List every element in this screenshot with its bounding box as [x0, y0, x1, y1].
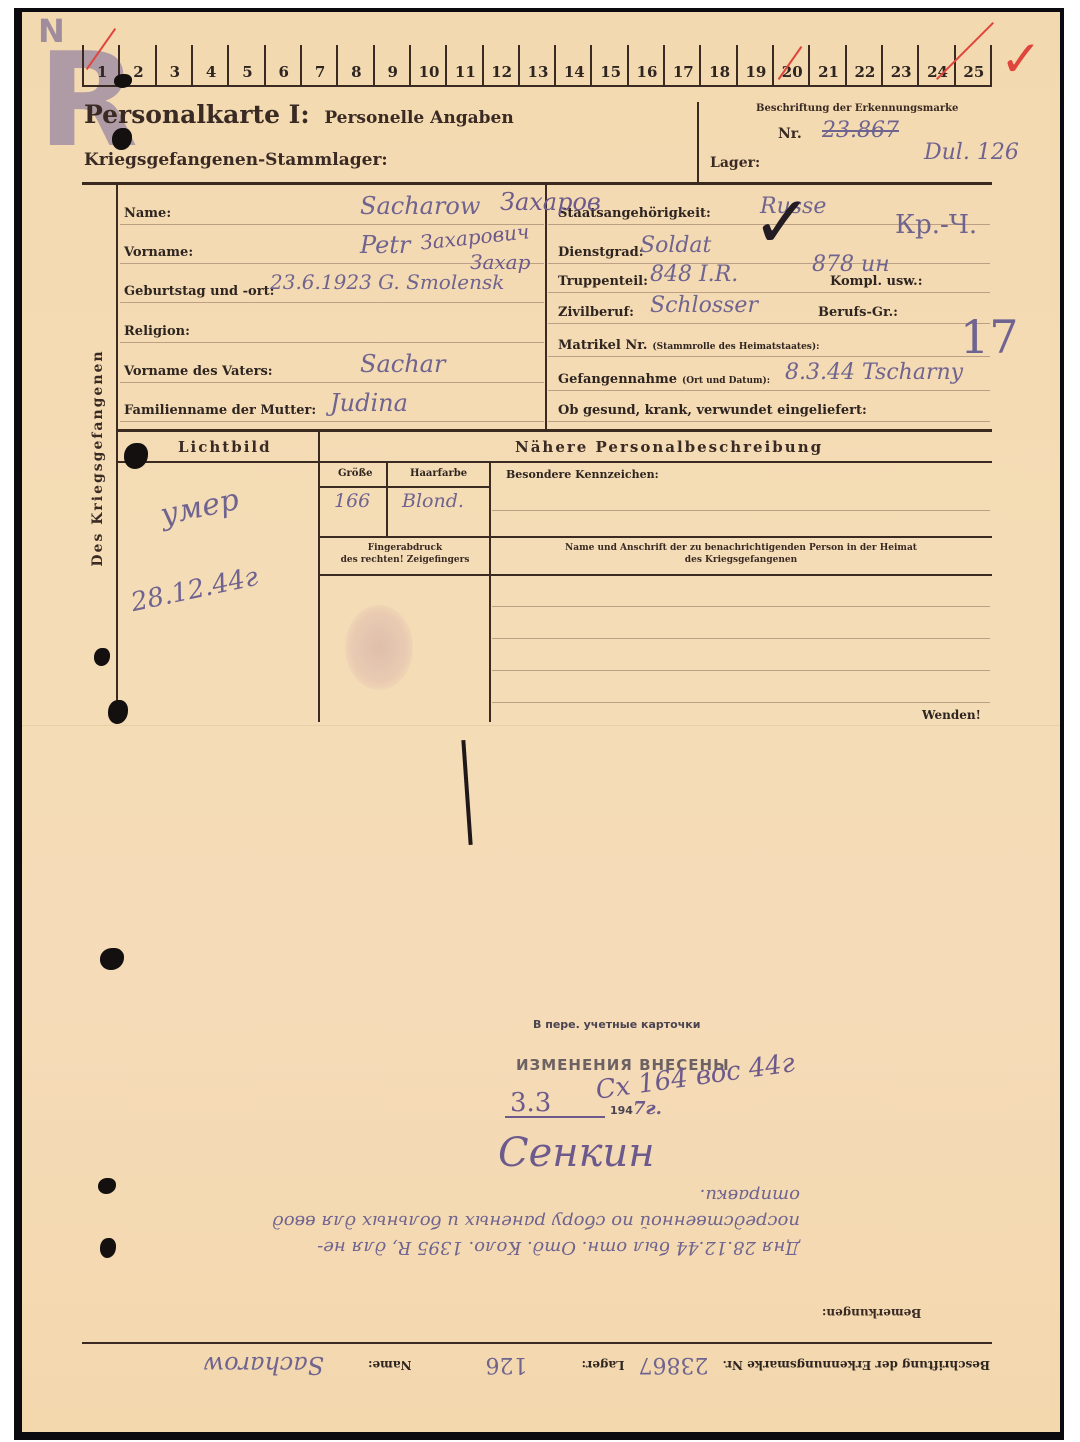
- photo-label: Lichtbild: [178, 438, 272, 456]
- left-margin-line: [116, 184, 118, 724]
- number-strip-cell: 18: [699, 45, 737, 85]
- number-strip-cell: 6: [264, 45, 302, 85]
- field-value: Schlosser: [650, 293, 758, 318]
- number-strip-cell: 21: [808, 45, 846, 85]
- number-strip-label: 19: [738, 63, 774, 81]
- ruled-line: [548, 292, 990, 293]
- number-strip-cell: 14: [554, 45, 592, 85]
- soviet-stamp-line-1: В пере. учетные карточки: [533, 1018, 700, 1031]
- number-strip-label: 21: [810, 63, 846, 81]
- field-label: Ob gesund, krank, verwundet eingeliefert…: [558, 403, 867, 418]
- soviet-stamp-date: 3.3: [510, 1088, 551, 1118]
- cyrillic-surname-annotation: Захаров: [500, 188, 601, 216]
- field-label: Vorname:: [124, 245, 193, 260]
- number-strip-cell: 13: [518, 45, 556, 85]
- number-strip-cell: 8: [336, 45, 374, 85]
- footer-lager-label: Lager:: [582, 1358, 625, 1372]
- groesse-label: Größe: [338, 468, 372, 479]
- notify-label: Name und Anschrift der zu benachrichtige…: [492, 542, 990, 566]
- lager-value: Dul. 126: [924, 140, 1019, 165]
- photo-label-line: [118, 461, 318, 463]
- number-strip-cell: 17: [663, 45, 701, 85]
- header-bottom-line: [82, 182, 992, 185]
- soviet-stamp-year: 1947г.: [610, 1098, 662, 1119]
- lager-label: Lager:: [710, 155, 760, 171]
- footer-tag-value: 23867: [639, 1353, 709, 1378]
- haarfarbe-divider: [489, 462, 491, 722]
- photo-divider: [318, 432, 320, 722]
- field-label: Vorname des Vaters:: [124, 364, 273, 379]
- haarfarbe-value: Blond.: [402, 490, 464, 512]
- number-strip-label: 11: [447, 63, 483, 81]
- soviet-signature: Сенкин: [498, 1130, 655, 1176]
- size-header-line: [320, 486, 490, 488]
- red-check-icon: ✓: [1000, 30, 1042, 88]
- field-label-group: Dienstgrad:: [558, 245, 644, 260]
- section-title: Nähere Personalbeschreibung: [515, 438, 823, 456]
- number-strip-cell: 23: [881, 45, 919, 85]
- number-strip-cell: 7: [300, 45, 338, 85]
- number-strip-label: 18: [701, 63, 737, 81]
- ruled-line: [120, 421, 544, 422]
- field-label: Name:: [124, 206, 171, 221]
- number-strip-label: 22: [847, 63, 883, 81]
- field-value: 8.3.44 Tscharny: [785, 360, 963, 385]
- year-suffix: 194: [610, 1104, 633, 1117]
- ruled-line: [548, 421, 990, 422]
- field-label-group: Truppenteil:: [558, 274, 648, 289]
- field-label: Gefangennahme: [558, 372, 677, 387]
- number-strip-label: 3: [157, 63, 193, 81]
- number-strip-label: 23: [883, 63, 919, 81]
- size-bottom-line: [318, 536, 992, 538]
- field-value: Sacharow: [360, 192, 480, 220]
- number-strip-label: 5: [229, 63, 265, 81]
- number-strip-cell: 9: [373, 45, 411, 85]
- wenden-label: Wenden!: [922, 708, 981, 722]
- side-label: Des Kriegsgefangenen: [90, 348, 106, 568]
- footer-name-value: Sacharow: [204, 1351, 324, 1379]
- number-strip-label: 25: [956, 63, 992, 81]
- cyrillic-surname-annotation-2: Захар: [470, 250, 530, 274]
- strip-end-line: [990, 45, 992, 86]
- groesse-divider: [386, 462, 388, 536]
- kennzeichen-label: Besondere Kennzeichen:: [506, 468, 659, 481]
- berufs-gr-value: 17: [960, 310, 1019, 364]
- field-value: Judina: [330, 389, 408, 417]
- ruled-line: [548, 390, 990, 391]
- stamp-date-underline: [505, 1116, 605, 1118]
- kennzeichen-ruled-line: [492, 510, 990, 511]
- finger-header-line: [318, 574, 992, 576]
- kp-annotation: Кр.-Ч.: [895, 210, 977, 240]
- number-strip-label: 4: [193, 63, 229, 81]
- haarfarbe-label: Haarfarbe: [410, 468, 467, 479]
- year-hand: 7г.: [633, 1098, 662, 1119]
- ruled-line: [120, 382, 544, 383]
- remarks-upside-down: Дня 28.12.44 был отн. Отд. Коло. 1395 R,…: [100, 1182, 800, 1260]
- ruled-line: [120, 302, 544, 303]
- notify-ruled-line-2: [492, 638, 990, 639]
- number-strip-cell: 12: [482, 45, 520, 85]
- number-strip-cell: 25: [954, 45, 992, 85]
- finger-label-line-1: Fingerabdruck: [320, 542, 490, 554]
- camp-label: Kriegsgefangenen-Stammlager:: [84, 150, 388, 170]
- number-strip-label: 6: [266, 63, 302, 81]
- field-label-group: Matrikel Nr.(Stammrolle des Heimatstaate…: [558, 338, 819, 353]
- number-strip-cell: 11: [445, 45, 483, 85]
- pencil-check-icon: ✓: [752, 180, 812, 264]
- ruled-line: [548, 356, 990, 357]
- tag-nr-label: Nr.: [778, 126, 802, 142]
- fingerprint-smudge: [345, 605, 413, 690]
- section-title-line: [318, 461, 992, 463]
- remarks-line-1: Дня 28.12.44 был отн. Отд. Коло. 1395 R,…: [100, 1234, 800, 1260]
- field-label: Dienstgrad:: [558, 245, 644, 260]
- number-strip-label: 12: [484, 63, 520, 81]
- footer-name-label: Name:: [368, 1358, 412, 1372]
- field-label-note: (Ort und Datum):: [682, 376, 770, 386]
- number-strip-label: 9: [375, 63, 411, 81]
- number-strip-label: 15: [592, 63, 628, 81]
- field-label: Zivilberuf:: [558, 305, 634, 320]
- field-label-note: (Stammrolle des Heimatstaates):: [652, 342, 819, 352]
- field-value: Petr: [360, 231, 410, 259]
- number-strip-cell: 22: [845, 45, 883, 85]
- personal-divider: [545, 184, 547, 429]
- field-label-group: Ob gesund, krank, verwundet eingeliefert…: [558, 403, 867, 418]
- strip-bottom-line: [82, 85, 992, 87]
- remarks-line-3: отправки.: [100, 1182, 800, 1208]
- number-strip-cell: 19: [736, 45, 774, 85]
- notify-label-line-2: des Kriegsgefangenen: [492, 554, 990, 566]
- number-strip-cell: 15: [590, 45, 628, 85]
- number-strip-label: 8: [338, 63, 374, 81]
- field-label: Religion:: [124, 324, 190, 339]
- field-value: Soldat: [640, 233, 711, 258]
- tag-caption: Beschriftung der Erkennungsmarke: [756, 103, 958, 114]
- groesse-value: 166: [334, 490, 370, 512]
- number-strip-cell: 5: [227, 45, 265, 85]
- remarks-line-2: посредственной по сбору раненых и больны…: [100, 1208, 800, 1234]
- number-strip-cell: 4: [191, 45, 229, 85]
- field-label: Truppenteil:: [558, 274, 648, 289]
- finger-label: Fingerabdruck des rechten! Zeigefingers: [320, 542, 490, 566]
- title-text: Personalkarte I:: [84, 100, 310, 129]
- notify-ruled-line-4: [492, 702, 990, 703]
- number-strip-label: 16: [629, 63, 665, 81]
- remarks-label: Bemerkungen:: [822, 1306, 921, 1320]
- field-value: 848 I.R.: [650, 262, 738, 287]
- footer-lager-value: 126: [486, 1353, 528, 1378]
- ruled-line: [548, 323, 990, 324]
- fold-crease: [22, 725, 1060, 726]
- berufs-gr-label: Berufs-Gr.:: [818, 305, 898, 320]
- personal-bottom-line: [118, 429, 992, 432]
- notify-ruled-line-3: [492, 670, 990, 671]
- ruled-line: [120, 342, 544, 343]
- notify-label-line-1: Name und Anschrift der zu benachrichtige…: [492, 542, 990, 554]
- footer-tag-label: Beschriftung der Erkennungsmarke Nr.: [723, 1358, 990, 1372]
- field-label: Familienname der Mutter:: [124, 403, 316, 418]
- number-strip-cell: 10: [409, 45, 447, 85]
- kp2-annotation: 878 ин: [812, 252, 890, 277]
- number-strip-label: 7: [302, 63, 338, 81]
- field-label-group: Gefangennahme(Ort und Datum):: [558, 372, 770, 387]
- field-label: Matrikel Nr.: [558, 338, 647, 353]
- subtitle-text: Personelle Angaben: [324, 108, 513, 128]
- number-strip-label: 13: [520, 63, 556, 81]
- tag-nr-value: 23.867: [822, 118, 899, 143]
- number-strip-cell: 3: [155, 45, 193, 85]
- number-strip-label: 17: [665, 63, 701, 81]
- field-label-group: Zivilberuf:: [558, 305, 634, 320]
- footer-line: [82, 1342, 992, 1344]
- notify-ruled-line-1: [492, 606, 990, 607]
- finger-label-line-2: des rechten! Zeigefingers: [320, 554, 490, 566]
- field-value: Sachar: [360, 350, 445, 378]
- field-label: Geburtstag und -ort:: [124, 284, 274, 299]
- number-strip-cell: 16: [627, 45, 665, 85]
- number-strip-label: 14: [556, 63, 592, 81]
- card-title: Personalkarte I: Personelle Angaben: [84, 100, 514, 129]
- header-divider: [697, 102, 699, 182]
- number-strip-label: 10: [411, 63, 447, 81]
- footer-upside-down: Beschriftung der Erkennungsmarke Nr. 238…: [100, 1348, 990, 1382]
